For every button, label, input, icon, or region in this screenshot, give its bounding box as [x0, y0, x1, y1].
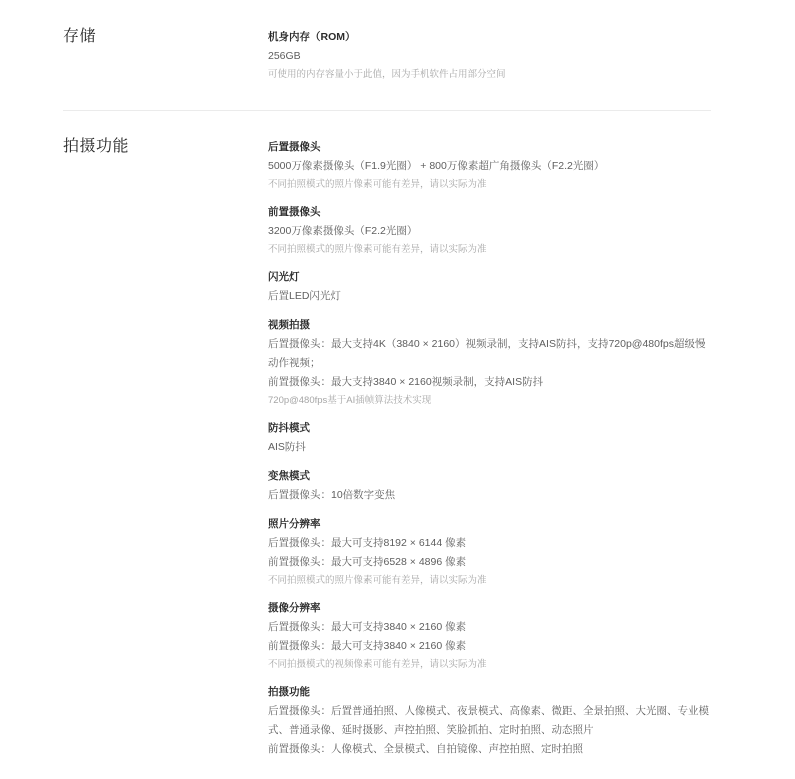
group-lines: 256GB — [268, 47, 711, 66]
section-groups: 后置摄像头 5000万像素摄像头（F1.9光圈） + 800万像素超广角摄像头（… — [268, 137, 711, 759]
spec-page: 存储 机身内存（ROM） 256GB 可使用的内存容量小于此值，因为手机软件占用… — [0, 0, 795, 779]
group-line: 后置摄像头：10倍数字变焦 — [268, 486, 711, 505]
group-heading: 摄像分辨率 — [268, 598, 711, 618]
group-line: 5000万像素摄像头（F1.9光圈） + 800万像素超广角摄像头（F2.2光圈… — [268, 157, 711, 176]
group-note: 不同拍照模式的照片像素可能有差异，请以实际为准 — [268, 573, 711, 589]
group-lines: 后置LED闪光灯 — [268, 287, 711, 306]
spec-group: 拍摄功能 后置摄像头：后置普通拍照、人像模式、夜景模式、高像素、微距、全景拍照、… — [268, 682, 711, 759]
group-line: 后置摄像头：最大可支持8192 × 6144 像素 — [268, 534, 711, 553]
section-title: 拍摄功能 — [63, 137, 268, 157]
group-heading: 前置摄像头 — [268, 202, 711, 222]
group-heading: 照片分辨率 — [268, 514, 711, 534]
group-lines: 后置摄像头：最大支持4K（3840 × 2160）视频录制，支持AIS防抖，支持… — [268, 335, 711, 392]
group-lines: AIS防抖 — [268, 438, 711, 457]
spec-group: 后置摄像头 5000万像素摄像头（F1.9光圈） + 800万像素超广角摄像头（… — [268, 137, 711, 193]
group-heading: 视频拍摄 — [268, 315, 711, 335]
group-heading: 拍摄功能 — [268, 682, 711, 702]
section-groups: 机身内存（ROM） 256GB 可使用的内存容量小于此值，因为手机软件占用部分空… — [268, 27, 711, 83]
group-line: AIS防抖 — [268, 438, 711, 457]
section-title-column: 拍摄功能 — [63, 137, 268, 157]
group-lines: 后置摄像头：最大可支持8192 × 6144 像素前置摄像头：最大可支持6528… — [268, 534, 711, 572]
spec-group: 闪光灯 后置LED闪光灯 — [268, 267, 711, 306]
group-lines: 后置摄像头：后置普通拍照、人像模式、夜景模式、高像素、微距、全景拍照、大光圈、专… — [268, 702, 711, 759]
spec-group: 防抖模式 AIS防抖 — [268, 418, 711, 457]
group-note: 不同拍照模式的照片像素可能有差异，请以实际为准 — [268, 242, 711, 258]
section-title-column: 存储 — [63, 27, 268, 47]
group-note: 720p@480fps基于AI插帧算法技术实现 — [268, 393, 711, 409]
group-heading: 机身内存（ROM） — [268, 27, 711, 47]
group-line: 3200万像素摄像头（F2.2光圈） — [268, 222, 711, 241]
group-line: 后置摄像头：最大支持4K（3840 × 2160）视频录制，支持AIS防抖，支持… — [268, 335, 711, 373]
group-heading: 防抖模式 — [268, 418, 711, 438]
spec-section: 存储 机身内存（ROM） 256GB 可使用的内存容量小于此值，因为手机软件占用… — [63, 0, 711, 110]
group-line: 前置摄像头：最大可支持3840 × 2160 像素 — [268, 637, 711, 656]
spec-group: 前置摄像头 3200万像素摄像头（F2.2光圈） 不同拍照模式的照片像素可能有差… — [268, 202, 711, 258]
group-heading: 后置摄像头 — [268, 137, 711, 157]
group-note: 可使用的内存容量小于此值，因为手机软件占用部分空间 — [268, 67, 711, 83]
group-line: 后置摄像头：最大可支持3840 × 2160 像素 — [268, 618, 711, 637]
group-lines: 后置摄像头：10倍数字变焦 — [268, 486, 711, 505]
group-line: 前置摄像头：最大支持3840 × 2160视频录制，支持AIS防抖 — [268, 373, 711, 392]
spec-group: 摄像分辨率 后置摄像头：最大可支持3840 × 2160 像素前置摄像头：最大可… — [268, 598, 711, 673]
group-line: 前置摄像头：人像模式、全景模式、自拍镜像、声控拍照、定时拍照 — [268, 740, 711, 759]
group-lines: 3200万像素摄像头（F2.2光圈） — [268, 222, 711, 241]
group-line: 256GB — [268, 47, 711, 66]
group-note: 不同拍照模式的照片像素可能有差异，请以实际为准 — [268, 177, 711, 193]
spec-section: 拍摄功能 后置摄像头 5000万像素摄像头（F1.9光圈） + 800万像素超广… — [63, 111, 711, 779]
spec-group: 变焦模式 后置摄像头：10倍数字变焦 — [268, 466, 711, 505]
group-heading: 闪光灯 — [268, 267, 711, 287]
spec-group: 照片分辨率 后置摄像头：最大可支持8192 × 6144 像素前置摄像头：最大可… — [268, 514, 711, 589]
group-heading: 变焦模式 — [268, 466, 711, 486]
spec-group: 机身内存（ROM） 256GB 可使用的内存容量小于此值，因为手机软件占用部分空… — [268, 27, 711, 83]
spec-group: 视频拍摄 后置摄像头：最大支持4K（3840 × 2160）视频录制，支持AIS… — [268, 315, 711, 409]
section-title: 存储 — [63, 27, 268, 47]
group-note: 不同拍摄模式的视频像素可能有差异，请以实际为准 — [268, 657, 711, 673]
group-line: 前置摄像头：最大可支持6528 × 4896 像素 — [268, 553, 711, 572]
group-lines: 5000万像素摄像头（F1.9光圈） + 800万像素超广角摄像头（F2.2光圈… — [268, 157, 711, 176]
group-lines: 后置摄像头：最大可支持3840 × 2160 像素前置摄像头：最大可支持3840… — [268, 618, 711, 656]
group-line: 后置LED闪光灯 — [268, 287, 711, 306]
group-line: 后置摄像头：后置普通拍照、人像模式、夜景模式、高像素、微距、全景拍照、大光圈、专… — [268, 702, 711, 740]
